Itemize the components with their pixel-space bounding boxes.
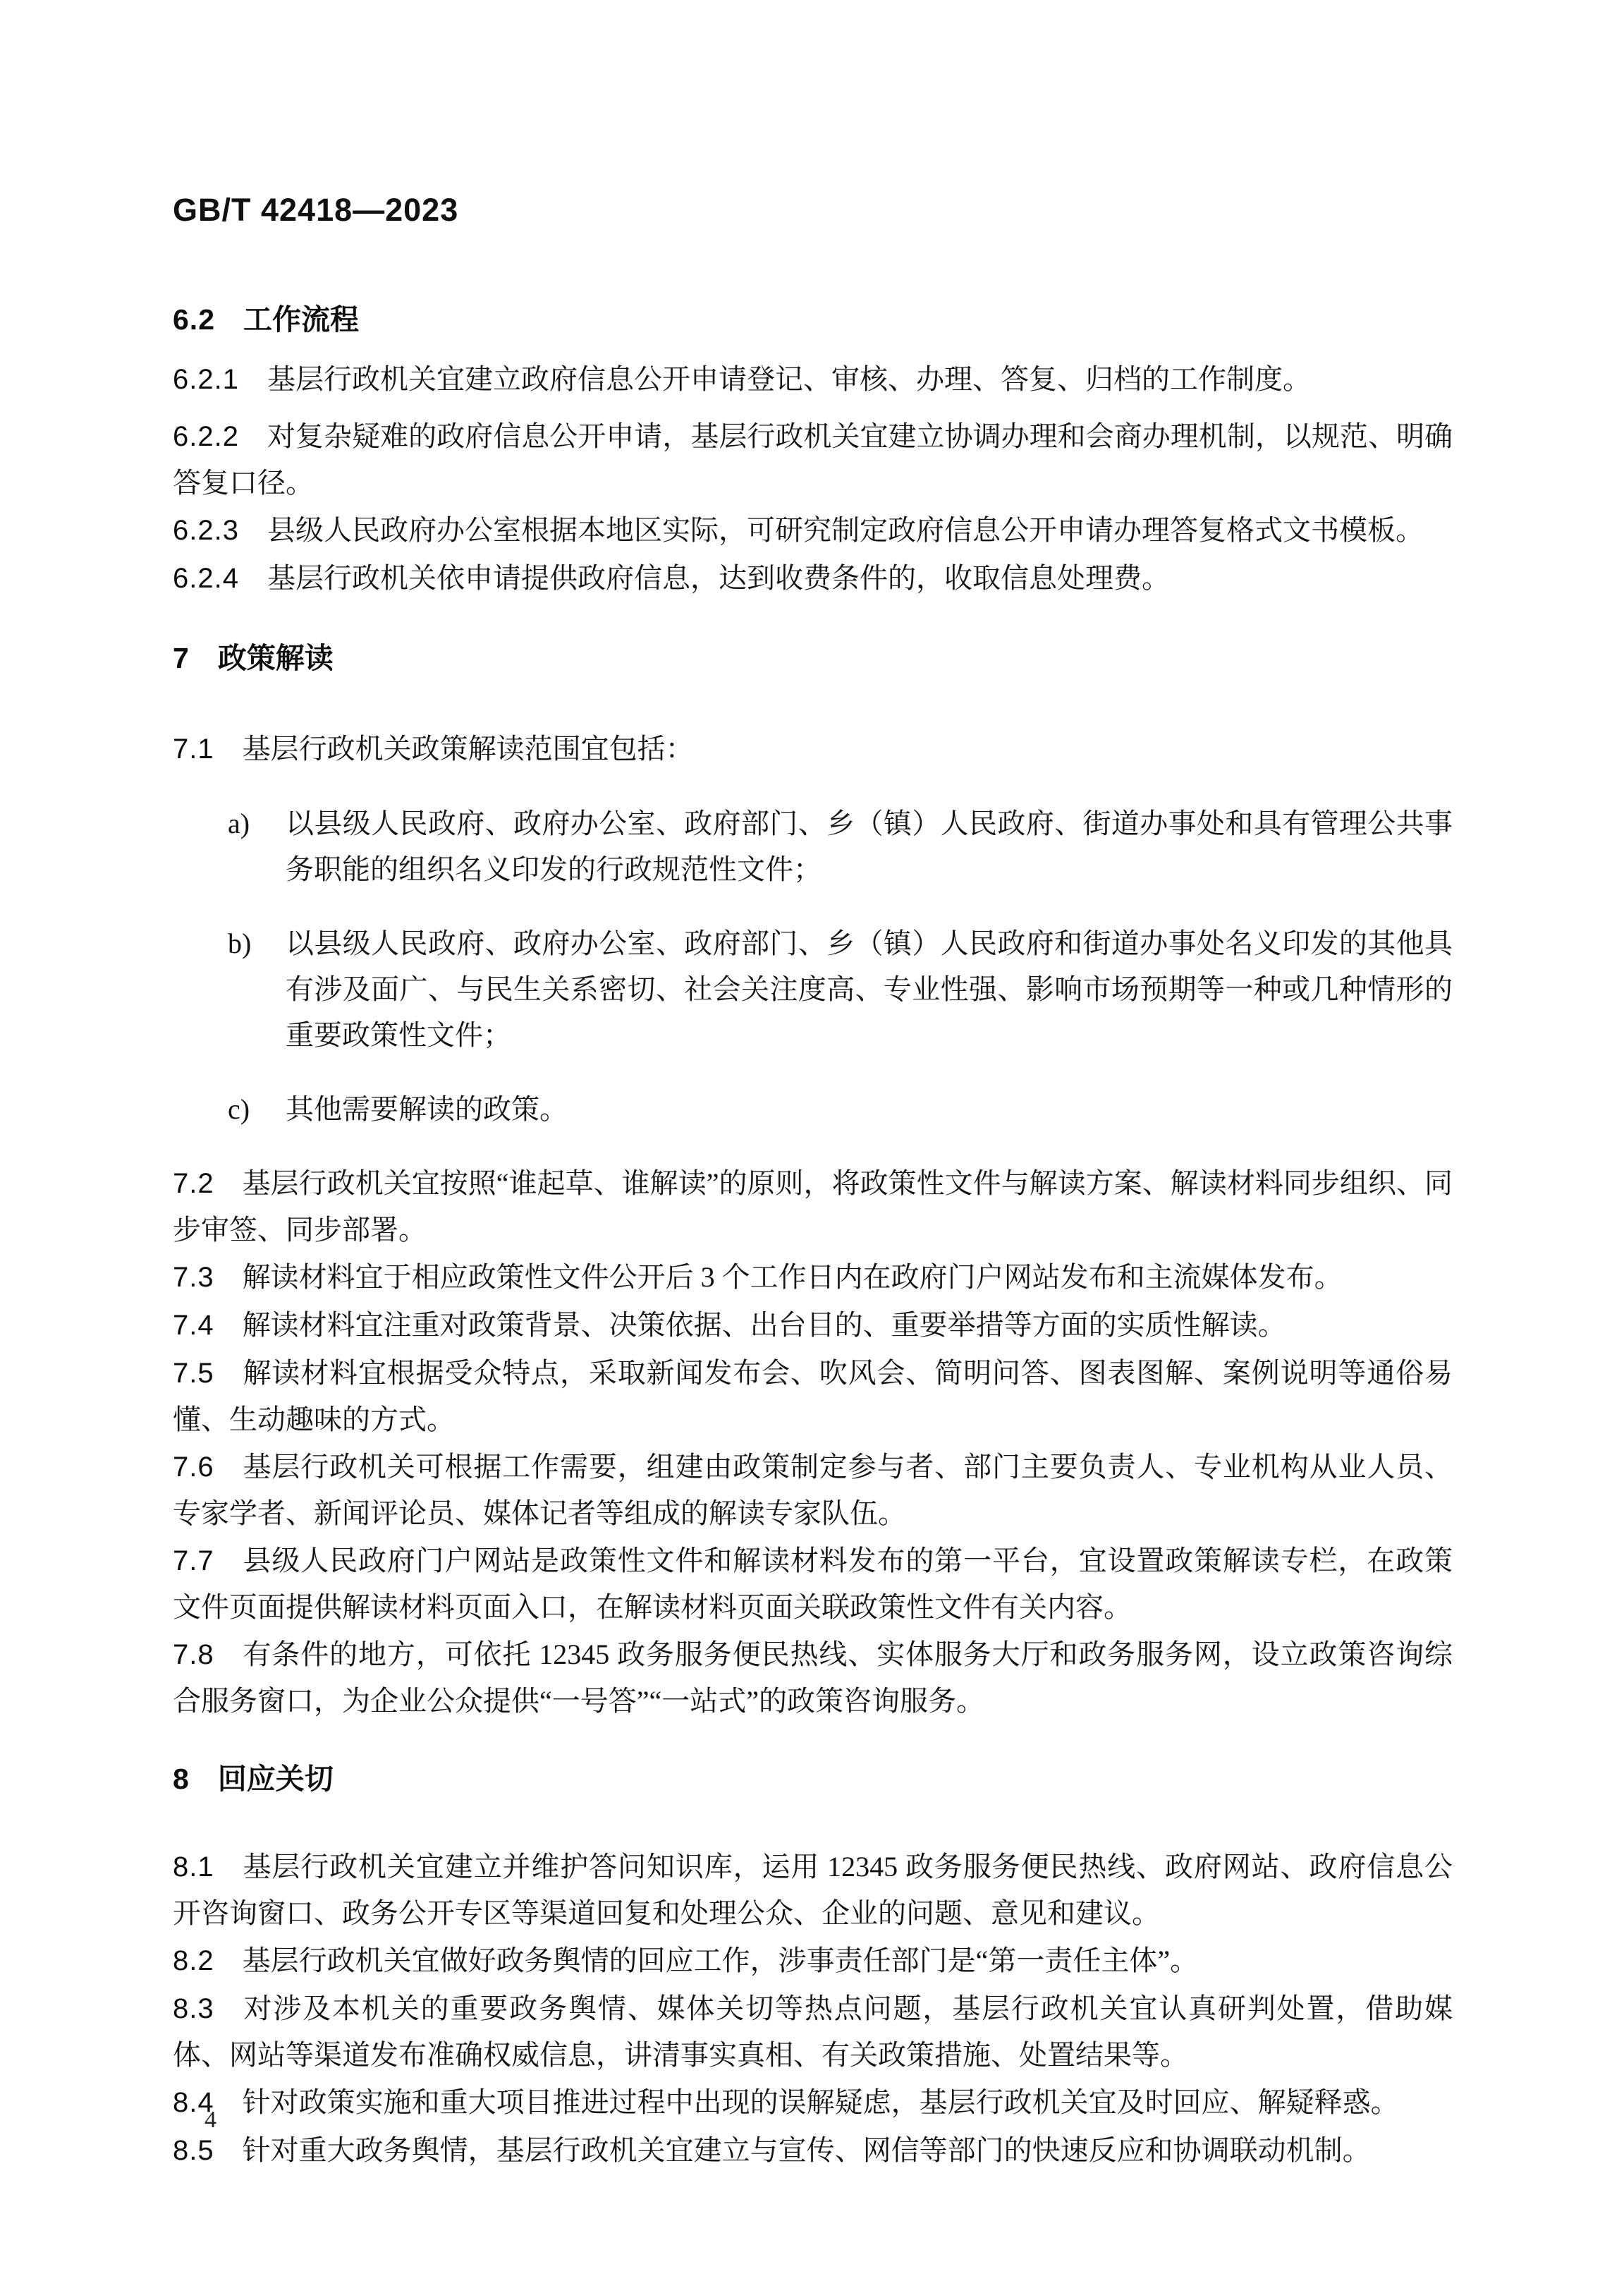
chapter-number: 8 [173, 1756, 190, 1801]
clause-text: 有条件的地方，可依托 12345 政务服务便民热线、实体服务大厅和政务服务网，设… [173, 1638, 1453, 1717]
clause-text: 对涉及本机关的重要政务舆情、媒体关切等热点问题，基层行政机关宜认真研判处置，借助… [173, 1993, 1453, 2071]
clause-number: 6.2.1 [173, 357, 239, 403]
clause-8-5: 8.5针对重大政务舆情，基层行政机关宜建立与宣传、网信等部门的快速反应和协调联动… [173, 2127, 1453, 2174]
chapter-title: 回应关切 [218, 1763, 334, 1795]
list-item-a: a)以县级人民政府、政府办公室、政府部门、乡（镇）人民政府、街道办事处和具有管理… [173, 801, 1453, 892]
clause-7-3: 7.3解读材料宜于相应政策性文件公开后 3 个工作日内在政府门户网站发布和主流媒… [173, 1254, 1453, 1301]
document-page: GB/T 42418—2023 6.2工作流程 6.2.1基层行政机关宜建立政府… [0, 0, 1624, 2293]
clause-number: 8.2 [173, 1938, 214, 1984]
list-item-text: 其他需要解读的政策。 [286, 1093, 568, 1125]
clause-text: 对复杂疑难的政府信息公开申请，基层行政机关宜建立协调办理和会商办理机制，以规范、… [173, 420, 1453, 499]
clause-8-4: 8.4针对政策实施和重大项目推进过程中出现的误解疑虑，基层行政机关宜及时回应、解… [173, 2079, 1453, 2126]
clause-7-8: 7.8有条件的地方，可依托 12345 政务服务便民热线、实体服务大厅和政务服务… [173, 1631, 1453, 1724]
chapter-title: 政策解读 [218, 642, 334, 674]
list-item-c: c)其他需要解读的政策。 [173, 1086, 1453, 1132]
clause-7-7: 7.7县级人民政府门户网站是政策性文件和解读材料发布的第一平台，宜设置政策解读专… [173, 1538, 1453, 1630]
clause-7-1: 7.1基层行政机关政策解读范围宜包括： [173, 726, 1453, 772]
clause-number: 8.5 [173, 2128, 214, 2174]
clause-number: 7.8 [173, 1632, 214, 1678]
clause-text: 解读材料宜根据受众特点，采取新闻发布会、吹风会、简明问答、图表图解、案例说明等通… [173, 1357, 1453, 1435]
clause-number: 7.5 [173, 1351, 214, 1397]
clause-text: 基层行政机关宜建立并维护答问知识库，运用 12345 政务服务便民热线、政府网站… [173, 1851, 1453, 1929]
clause-text: 基层行政机关宜做好政务舆情的回应工作，涉事责任部门是“第一责任主体”。 [243, 1945, 1199, 1976]
clause-8-3: 8.3对涉及本机关的重要政务舆情、媒体关切等热点问题，基层行政机关宜认真研判处置… [173, 1985, 1453, 2078]
list-marker-a: a) [228, 801, 250, 846]
clause-text: 基层行政机关政策解读范围宜包括： [243, 733, 694, 765]
clause-8-2: 8.2基层行政机关宜做好政务舆情的回应工作，涉事责任部门是“第一责任主体”。 [173, 1938, 1453, 1984]
clause-number: 7.1 [173, 726, 214, 772]
document-body: 6.2工作流程 6.2.1基层行政机关宜建立政府信息公开申请登记、审核、办理、答… [173, 297, 1453, 2175]
clause-7-4: 7.4解读材料宜注重对政策背景、决策依据、出台目的、重要举措等方面的实质性解读。 [173, 1302, 1453, 1349]
list-7-1: a)以县级人民政府、政府办公室、政府部门、乡（镇）人民政府、街道办事处和具有管理… [173, 801, 1453, 1132]
list-item-text: 以县级人民政府、政府办公室、政府部门、乡（镇）人民政府、街道办事处和具有管理公共… [286, 808, 1453, 885]
list-item-b: b)以县级人民政府、政府办公室、政府部门、乡（镇）人民政府和街道办事处名义印发的… [173, 920, 1453, 1058]
section-heading-6-2: 6.2工作流程 [173, 297, 1453, 342]
clause-7-2: 7.2基层行政机关宜按照“谁起草、谁解读”的原则，将政策性文件与解读方案、解读材… [173, 1160, 1453, 1253]
list-marker-b: b) [228, 920, 251, 966]
clause-text: 针对重大政务舆情，基层行政机关宜建立与宣传、网信等部门的快速反应和协调联动机制。 [243, 2134, 1371, 2166]
standard-number: GB/T 42418—2023 [173, 192, 458, 229]
clause-number: 7.3 [173, 1255, 214, 1301]
clause-number: 7.6 [173, 1444, 214, 1490]
section-number: 6.2 [173, 297, 215, 342]
clause-text: 基层行政机关宜按照“谁起草、谁解读”的原则，将政策性文件与解读方案、解读材料同步… [173, 1167, 1453, 1246]
clause-text: 针对政策实施和重大项目推进过程中出现的误解疑虑，基层行政机关宜及时回应、解疑释惑… [243, 2086, 1399, 2118]
clause-7-6: 7.6基层行政机关可根据工作需要，组建由政策制定参与者、部门主要负责人、专业机构… [173, 1444, 1453, 1536]
clause-text: 基层行政机关依申请提供政府信息，达到收费条件的，收取信息处理费。 [267, 562, 1170, 594]
clause-6-2-3: 6.2.3县级人民政府办公室根据本地区实际，可研究制定政府信息公开申请办理答复格… [173, 507, 1453, 554]
clause-text: 基层行政机关可根据工作需要，组建由政策制定参与者、部门主要负责人、专业机构从业人… [173, 1451, 1453, 1529]
clause-7-5: 7.5解读材料宜根据受众特点，采取新闻发布会、吹风会、简明问答、图表图解、案例说… [173, 1350, 1453, 1442]
clause-6-2-4: 6.2.4基层行政机关依申请提供政府信息，达到收费条件的，收取信息处理费。 [173, 555, 1453, 602]
chapter-heading-7: 7政策解读 [173, 635, 1453, 681]
clause-text: 解读材料宜注重对政策背景、决策依据、出台目的、重要举措等方面的实质性解读。 [243, 1309, 1286, 1341]
clause-number: 8.1 [173, 1844, 214, 1890]
list-item-text: 以县级人民政府、政府办公室、政府部门、乡（镇）人民政府和街道办事处名义印发的其他… [286, 927, 1453, 1051]
clause-text: 县级人民政府门户网站是政策性文件和解读材料发布的第一平台，宜设置政策解读专栏，在… [173, 1545, 1453, 1623]
clause-number: 6.2.4 [173, 556, 239, 602]
clause-number: 6.2.3 [173, 508, 239, 554]
clause-text: 县级人民政府办公室根据本地区实际，可研究制定政府信息公开申请办理答复格式文书模板… [267, 514, 1424, 546]
list-marker-c: c) [228, 1086, 250, 1132]
chapter-heading-8: 8回应关切 [173, 1756, 1453, 1801]
clause-6-2-2: 6.2.2对复杂疑难的政府信息公开申请，基层行政机关宜建立协调办理和会商办理机制… [173, 413, 1453, 506]
section-title: 工作流程 [243, 303, 359, 336]
chapter-number: 7 [173, 635, 190, 681]
clause-number: 7.2 [173, 1161, 214, 1207]
clause-number: 7.7 [173, 1538, 214, 1584]
clause-text: 基层行政机关宜建立政府信息公开申请登记、审核、办理、答复、归档的工作制度。 [267, 363, 1311, 395]
clause-number: 8.3 [173, 1986, 214, 2032]
clause-6-2-1: 6.2.1基层行政机关宜建立政府信息公开申请登记、审核、办理、答复、归档的工作制… [173, 356, 1453, 403]
clause-number: 7.4 [173, 1303, 214, 1349]
clause-number: 6.2.2 [173, 414, 239, 460]
page-number: 4 [204, 2106, 216, 2134]
clause-8-1: 8.1基层行政机关宜建立并维护答问知识库，运用 12345 政务服务便民热线、政… [173, 1844, 1453, 1936]
clause-text: 解读材料宜于相应政策性文件公开后 3 个工作日内在政府门户网站发布和主流媒体发布… [243, 1261, 1343, 1293]
